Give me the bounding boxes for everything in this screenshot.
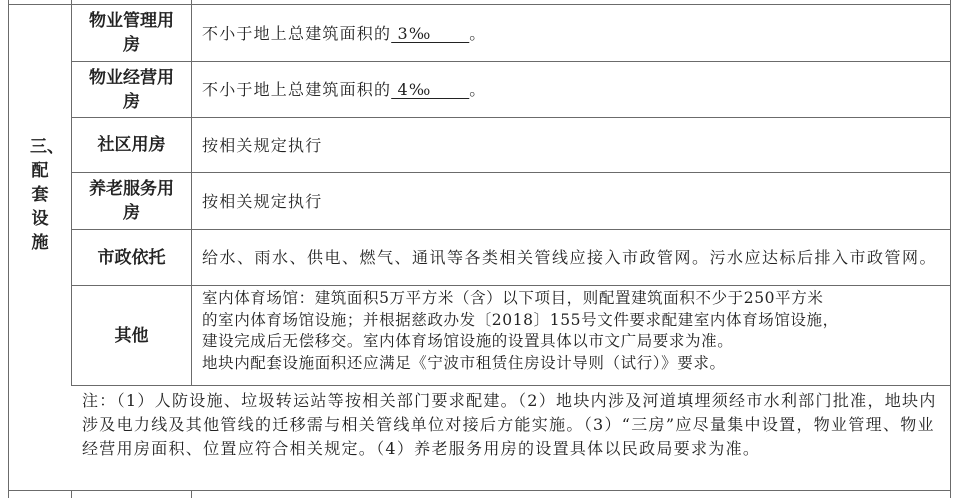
value-line: 的室内体育场馆设施；并根据慈政办发〔2018〕155号文件要求配建室内体育场馆设… (202, 310, 944, 332)
row-value-municipal: 给水、雨水、供电、燃气、通讯等各类相关管线应接入市政管网。污水应达标后排入市政管… (192, 230, 950, 285)
table-border-right (950, 0, 951, 498)
section-title-cell: 三、配套设施 (9, 5, 71, 385)
value-prefix: 不小于地上总建筑面积的 (202, 79, 391, 100)
row-label-text: 社区用房 (98, 133, 166, 157)
row-label-text: 养老服务用房 (84, 177, 180, 225)
value-line: 室内体育场馆：建筑面积5万平方米（含）以下项目，则配置建筑面积不少于250平方米 (202, 288, 944, 310)
value-filled: 3‰ (391, 23, 469, 44)
value-prefix: 不小于地上总建筑面积的 (202, 23, 391, 44)
value-text: 按相关规定执行 (202, 191, 322, 212)
row-divider-bottom (8, 490, 951, 491)
row-value-property-operation: 不小于地上总建筑面积的 4‰ 。 (192, 62, 950, 117)
section-title: 三、配套设施 (30, 135, 50, 255)
row-label-property-operation: 物业经营用房 (72, 62, 191, 117)
row-label-community: 社区用房 (72, 118, 191, 172)
row-label-elderly-care: 养老服务用房 (72, 173, 191, 229)
row-value-community: 按相关规定执行 (192, 118, 950, 172)
value-line: 地块内配套设施面积还应满足《宁波市租赁住房设计导则（试行）》要求。 (202, 353, 944, 375)
value-line: 建设完成后无偿移交。室内体育场馆设施的设置具体以市文广局要求为准。 (202, 331, 944, 353)
row-label-text: 物业经营用房 (84, 66, 180, 114)
value-text: 按相关规定执行 (202, 135, 322, 156)
value-text: 给水、雨水、供电、燃气、通讯等各类相关管线应接入市政管网。污水应达标后排入市政管… (202, 246, 937, 270)
column-divider-2-bottom (191, 490, 192, 498)
value-suffix: 。 (469, 79, 486, 100)
value-suffix: 。 (469, 23, 486, 44)
column-divider-1-bottom (71, 490, 72, 498)
row-label-text: 物业管理用房 (84, 9, 180, 57)
row-label-text: 其他 (115, 324, 149, 348)
row-value-property-management: 不小于地上总建筑面积的 3‰ 。 (192, 5, 950, 61)
row-label-other: 其他 (72, 286, 191, 385)
row-label-municipal: 市政依托 (72, 230, 191, 285)
row-value-other: 室内体育场馆：建筑面积5万平方米（含）以下项目，则配置建筑面积不少于250平方米… (192, 286, 950, 385)
row-value-elderly-care: 按相关规定执行 (192, 173, 950, 229)
note-text: 注：（1）人防设施、垃圾转运站等按相关部门要求配建。（2）地块内涉及河道填埋须经… (72, 386, 950, 490)
row-label-text: 市政依托 (98, 246, 166, 270)
row-label-property-management: 物业管理用房 (72, 5, 191, 61)
value-filled: 4‰ (391, 79, 469, 100)
